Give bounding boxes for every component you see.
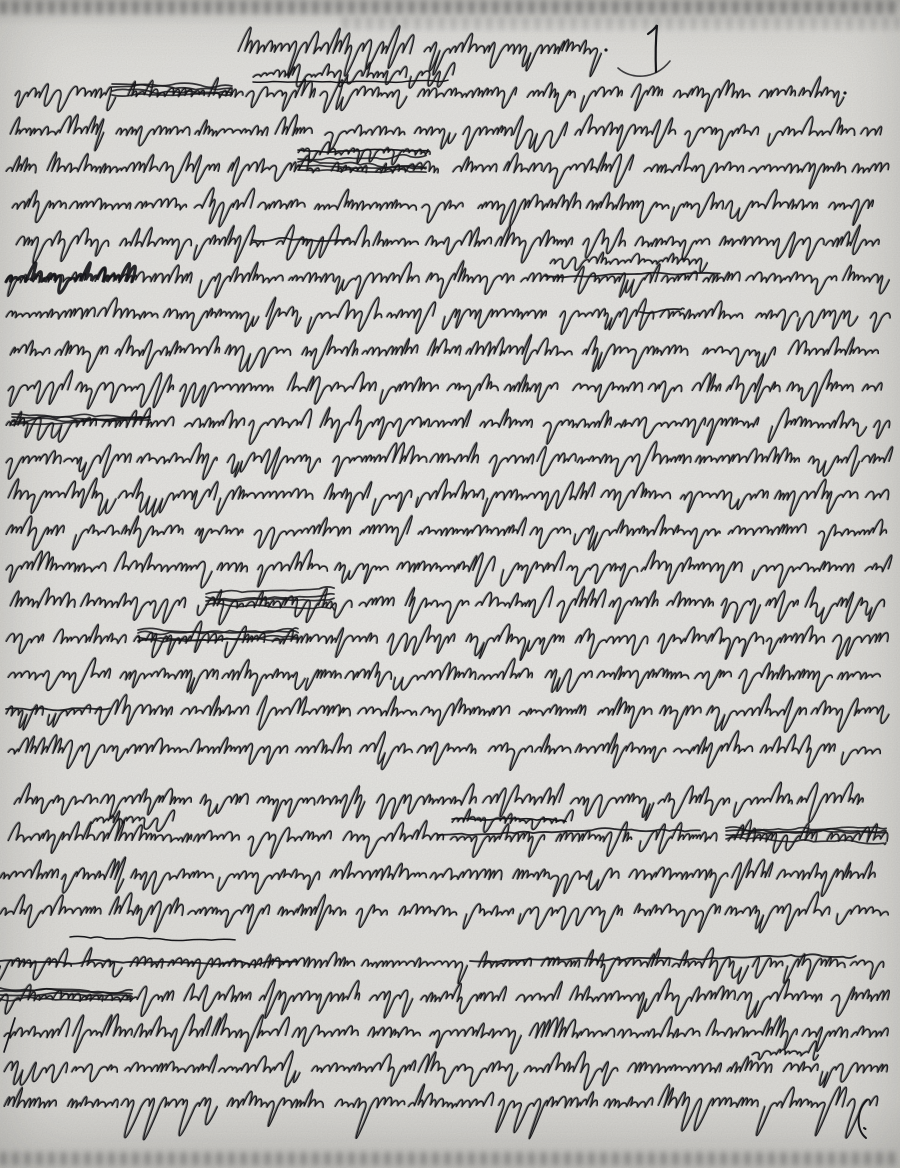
manuscript-handwriting-layer bbox=[0, 0, 900, 1168]
manuscript-page: scanned page of a handwritten manuscript… bbox=[0, 0, 900, 1168]
paper-grain-texture bbox=[0, 0, 900, 1168]
